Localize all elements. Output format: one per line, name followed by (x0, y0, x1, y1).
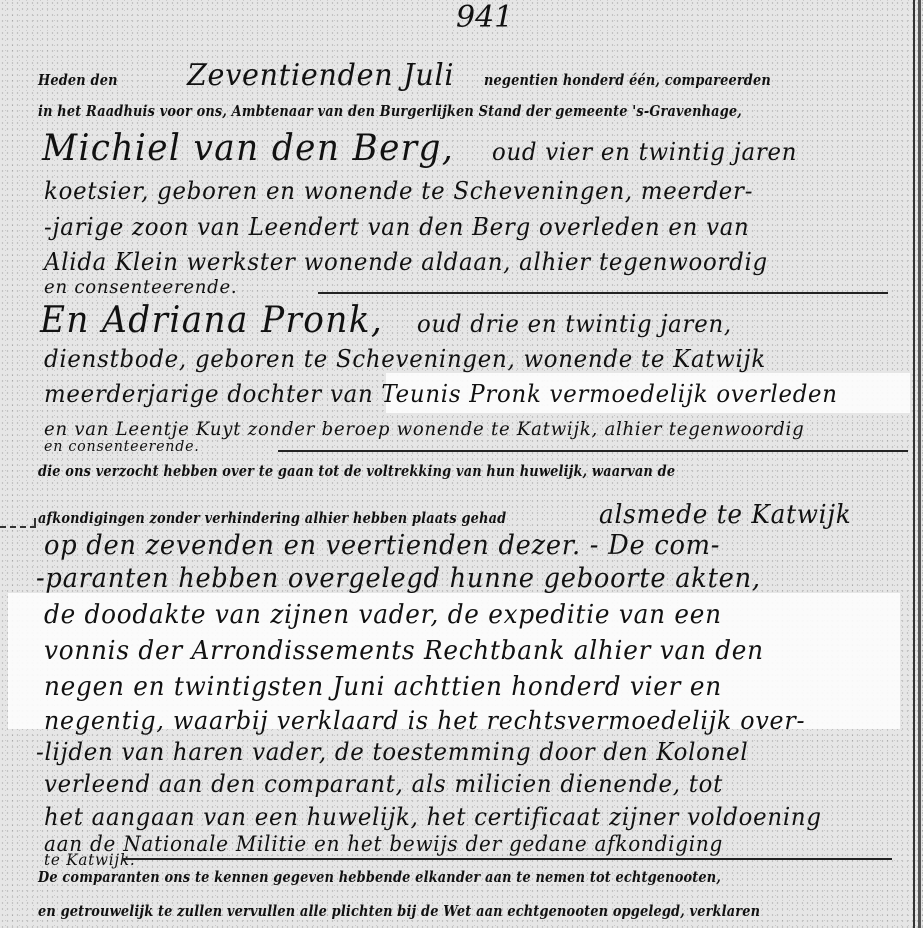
line-24: aan de Nationale Militie en het bewijs d… (44, 832, 723, 856)
line-10: meerderjarige dochter van Teunis Pronk v… (44, 380, 838, 408)
page-border-outer (918, 0, 921, 928)
line-9: dienstbode, geboren te Scheveningen, won… (44, 345, 766, 373)
line-5: -jarige zoon van Leendert van den Berg o… (44, 213, 750, 241)
line-23: het aangaan van een huwelijk, het certif… (44, 803, 822, 831)
page-border-inner (913, 0, 915, 928)
handwritten-date: Zeventienden Juli (187, 58, 454, 93)
line-14: afkondigingen zonder verhindering alhier… (38, 500, 876, 530)
handwritten-text: oud drie en twintig jaren, (417, 310, 732, 338)
printed-text: afkondigingen zonder verhindering alhier… (38, 509, 506, 527)
printed-text: Heden den (38, 71, 118, 89)
line-27: en getrouwelijk te zullen vervullen alle… (38, 902, 760, 920)
line-16: -paranten hebben overgelegd hunne geboor… (36, 563, 761, 594)
line-3: Michiel van den Berg, oud vier en twinti… (42, 128, 825, 169)
line-1: Heden den Zeventienden Juli negentien ho… (38, 58, 830, 93)
printed-text: negentien honderd één, compareerden (484, 71, 771, 89)
margin-mark (0, 526, 36, 530)
line-12: en consenteerende. (44, 437, 200, 455)
line-4: koetsier, geboren en wonende te Scheveni… (44, 177, 753, 205)
line-19: negen en twintigsten Juni achttien honde… (44, 672, 722, 702)
fill-line (318, 292, 888, 294)
line-18: vonnis der Arrondissements Rechtbank alh… (44, 636, 764, 666)
document-page: 941 Heden den Zeventienden Juli negentie… (0, 0, 923, 928)
line-21: -lijden van haren vader, de toestemming … (36, 738, 748, 766)
handwritten-text: oud vier en twintig jaren (492, 138, 797, 166)
line-15: op den zevenden en veertienden dezer. - … (44, 530, 720, 561)
line-26: De comparanten ons te kennen gegeven heb… (38, 868, 721, 886)
line-6: Alida Klein werkster wonende aldaan, alh… (44, 248, 768, 276)
line-22: verleend aan den comparant, als milicien… (44, 770, 723, 798)
bride-name: En Adriana Pronk, (40, 300, 383, 341)
line-13: die ons verzocht hebben over te gaan tot… (38, 462, 675, 480)
fill-line (278, 450, 908, 452)
page-number: 941 (456, 0, 513, 35)
line-7: en consenteerende. (44, 276, 237, 298)
handwritten-text: alsmede te Katwijk (599, 500, 851, 530)
fill-line (122, 858, 892, 860)
line-8: En Adriana Pronk, oud drie en twintig ja… (40, 300, 761, 341)
groom-name: Michiel van den Berg, (42, 128, 454, 169)
line-2: in het Raadhuis voor ons, Ambtenaar van … (38, 102, 742, 120)
line-20: negentig, waarbij verklaard is het recht… (44, 706, 805, 735)
line-17: de doodakte van zijnen vader, de expedit… (44, 600, 722, 630)
